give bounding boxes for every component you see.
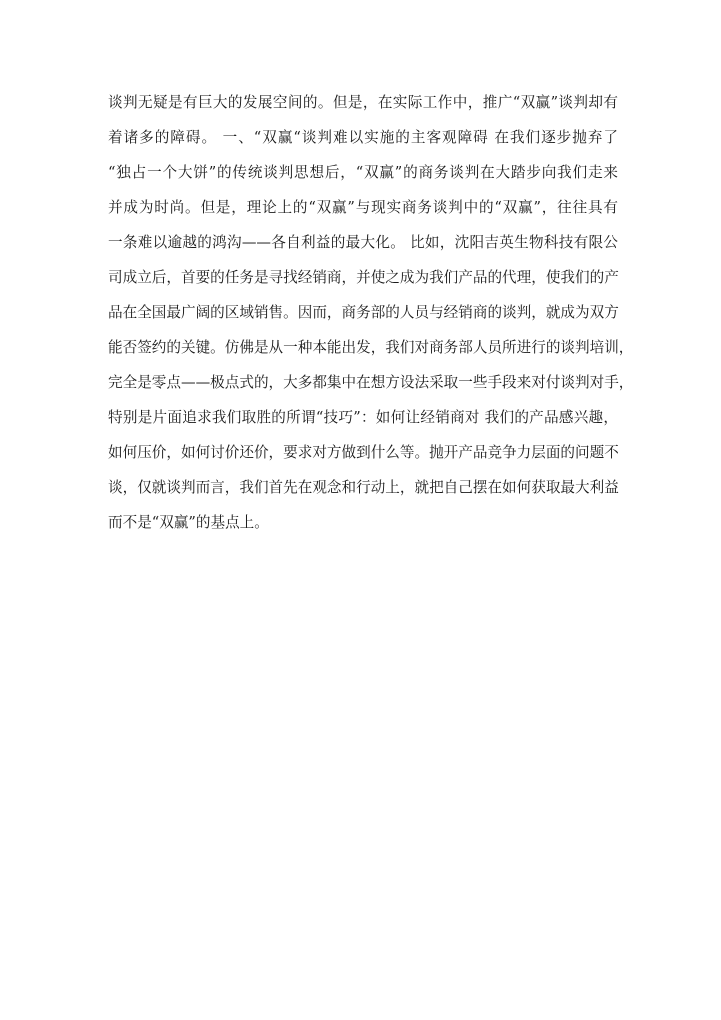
text-line: 着诸多的障碍。 一、“双赢“谈判难以实施的主客观障碍 在我们逐步抛弃了 <box>108 125 618 160</box>
text-line: 特别是片面追求我们取胜的所谓“技巧”：如何让经销商对 我们的产品感兴趣， <box>108 405 618 440</box>
text-line: 一条难以逾越的鸿沟——各自利益的最大化。 比如，沈阳吉英生物科技有限公 <box>108 230 618 265</box>
text-line: 能否签约的关键。仿佛是从一种本能出发，我们对商务部人员所进行的谈判培训， <box>108 335 618 370</box>
text-line: “独占一个大饼”的传统谈判思想后，“双赢”的商务谈判在大踏步向我们走来 <box>108 160 618 195</box>
body-paragraph: 谈判无疑是有巨大的发展空间的。但是，在实际工作中，推广“双赢”谈判却有 着诸多的… <box>108 90 618 545</box>
text-line: 谈，仅就谈判而言，我们首先在观念和行动上，就把自己摆在如何获取最大利益 <box>108 475 618 510</box>
document-page: 谈判无疑是有巨大的发展空间的。但是，在实际工作中，推广“双赢”谈判却有 着诸多的… <box>0 0 721 1020</box>
text-line: 并成为时尚。但是，理论上的“双赢”与现实商务谈判中的“双赢”，往往具有 <box>108 195 618 230</box>
text-line: 品在全国最广阔的区域销售。因而，商务部的人员与经销商的谈判，就成为双方 <box>108 300 618 335</box>
text-line-last: 而不是“双赢”的基点上。 <box>108 510 618 545</box>
text-line: 谈判无疑是有巨大的发展空间的。但是，在实际工作中，推广“双赢”谈判却有 <box>108 90 618 125</box>
text-line: 完全是零点——极点式的，大多都集中在想方设法采取一些手段来对付谈判对手， <box>108 370 618 405</box>
text-line: 如何压价，如何讨价还价，要求对方做到什么等。抛开产品竞争力层面的问题不 <box>108 440 618 475</box>
text-line: 司成立后，首要的任务是寻找经销商，并使之成为我们产品的代理，使我们的产 <box>108 265 618 300</box>
